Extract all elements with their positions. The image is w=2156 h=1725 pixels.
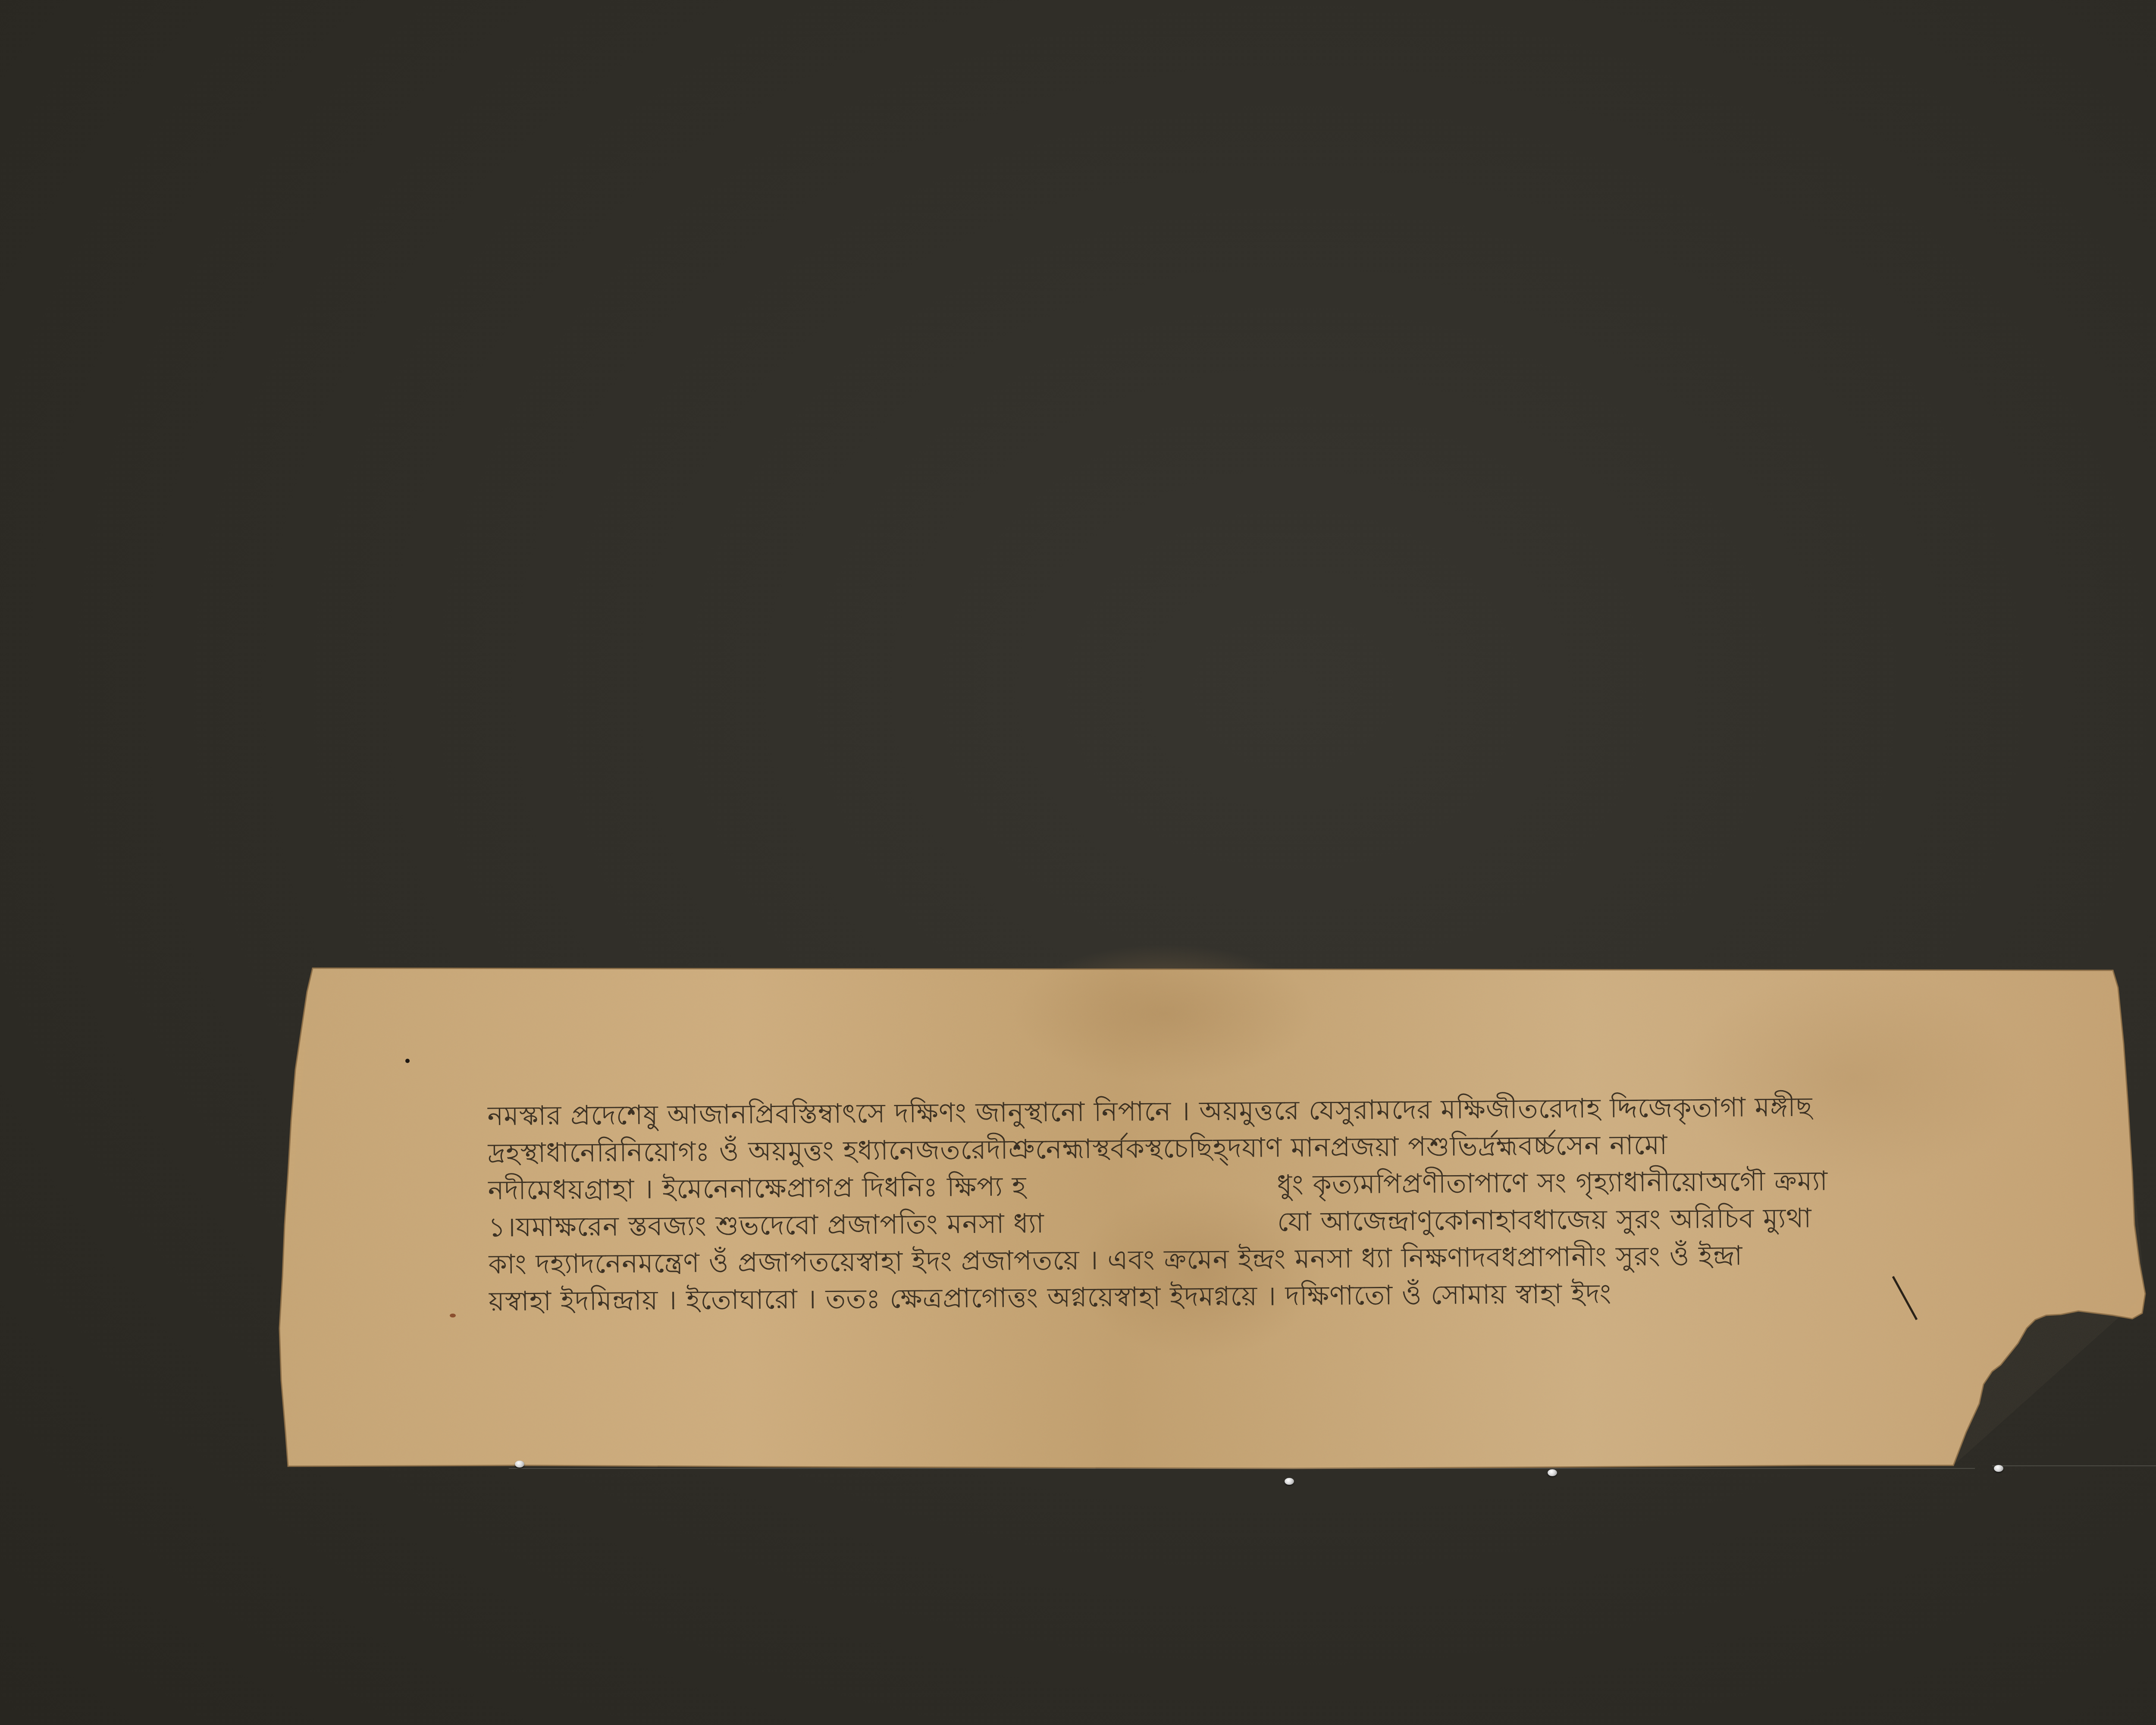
manuscript-paper-shape (0, 0, 2156, 1725)
mounting-pin (1285, 1478, 1294, 1485)
mount-thread-right (1992, 1465, 2156, 1466)
mounting-pin (1548, 1469, 1557, 1476)
mounting-pin (515, 1461, 524, 1468)
ink-dot-mark (405, 1059, 410, 1063)
manuscript-folio: নমস্কার প্রদেশেষু আজানপ্রিবস্তিম্বাৎসে দ… (0, 0, 2156, 1725)
line-4-left-text: ১।যমাক্ষরেন স্তবজ্যং শুভদেবো প্রজাপতিং ম… (488, 1204, 1187, 1246)
mounting-pin (1994, 1465, 2003, 1472)
line-3-right-text: ধুং কৃত্যমপিপ্রণীতাপাণে সং গৃহ্যাধানীয়ো… (1277, 1162, 1937, 1204)
line-6-text: য়স্বাহা ইদমিন্দ্রায় । ইতোঘারো । ততঃ ক্… (489, 1275, 1612, 1320)
line-4-right-text: যো আজেন্দ্রাণুকোনাহাবধাজেয় সুরং অরিচিব … (1277, 1199, 1937, 1241)
mount-thread (509, 1468, 1975, 1469)
line-3-left-text: নদীমেধয়গ্রাহা । ইমেনেনাক্ষেপ্রাগপ্র দিধ… (488, 1167, 1187, 1209)
stain-spot (450, 1314, 456, 1317)
manuscript-text-block: নমস্কার প্রদেশেষু আজানপ্রিবস্তিম্বাৎসে দ… (487, 1088, 1938, 1330)
